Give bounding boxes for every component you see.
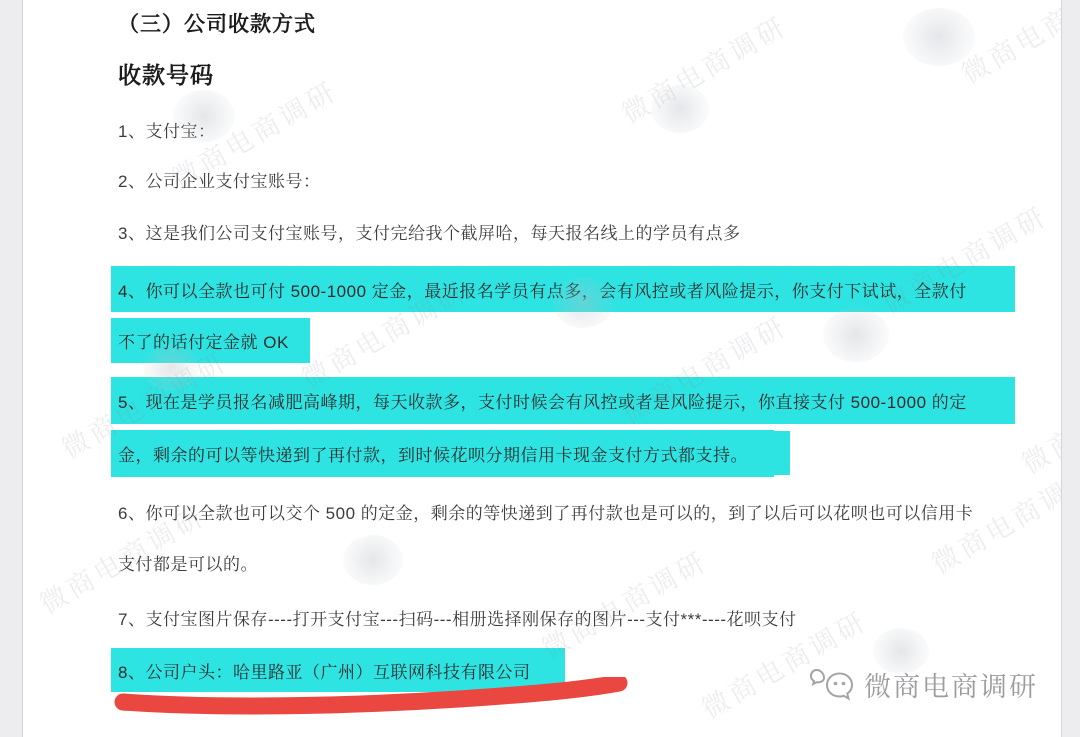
watermark-blob [343, 535, 403, 585]
footer-logo-text: 微商电商调研 [864, 665, 1038, 704]
list-item-4-line-1-highlighted: 4、你可以全款也可付 500-1000 定金，最近报名学员有点多，会有风控或者风… [111, 266, 1015, 312]
watermark-blob [823, 308, 889, 362]
watermark-blob [903, 8, 975, 66]
list-item-7: 7、支付宝图片保存----打开支付宝---扫码---相册选择刚保存的图片---支… [118, 608, 797, 632]
list-item-3: 3、这是我们公司支付宝账号，支付完给我个截屏哈，每天报名线上的学员有点多 [118, 222, 740, 246]
list-item-2: 2、公司企业支付宝账号： [118, 170, 320, 194]
list-item-5-line-1-highlighted: 5、现在是学员报名减肥高峰期，每天收款多，支付时候会有风控或者是风险提示，你直接… [111, 377, 1015, 424]
chat-bubbles-icon [810, 666, 856, 704]
section-heading: 收款号码 [118, 57, 214, 90]
footer-logo: 微商电商调研 [810, 665, 1038, 704]
watermark-text: 微商电商调研 [613, 5, 794, 132]
right-page-margin [1061, 0, 1080, 737]
watermark-blob [651, 85, 709, 133]
highlight-fragment [773, 431, 790, 475]
list-item-1: 1、支付宝： [118, 120, 215, 144]
red-underline-annotation [109, 677, 645, 719]
list-item-6-line-2: 支付都是可以的。 [118, 553, 258, 577]
document-page: （三）公司收款方式 收款号码 1、支付宝： 2、公司企业支付宝账号： 3、这是我… [23, 0, 1062, 737]
page-title: （三）公司收款方式 [118, 8, 316, 38]
list-item-6-line-1: 6、你可以全款也可以交个 500 的定金，剩余的等快递到了再付款也是可以的，到了… [118, 502, 973, 526]
left-page-margin [0, 0, 23, 737]
list-item-5-line-2-highlighted: 金，剩余的可以等快递到了再付款，到时候花呗分期信用卡现金支付方式都支持。 [111, 430, 774, 477]
list-item-4-line-2-highlighted: 不了的话付定金就 OK [111, 318, 310, 363]
